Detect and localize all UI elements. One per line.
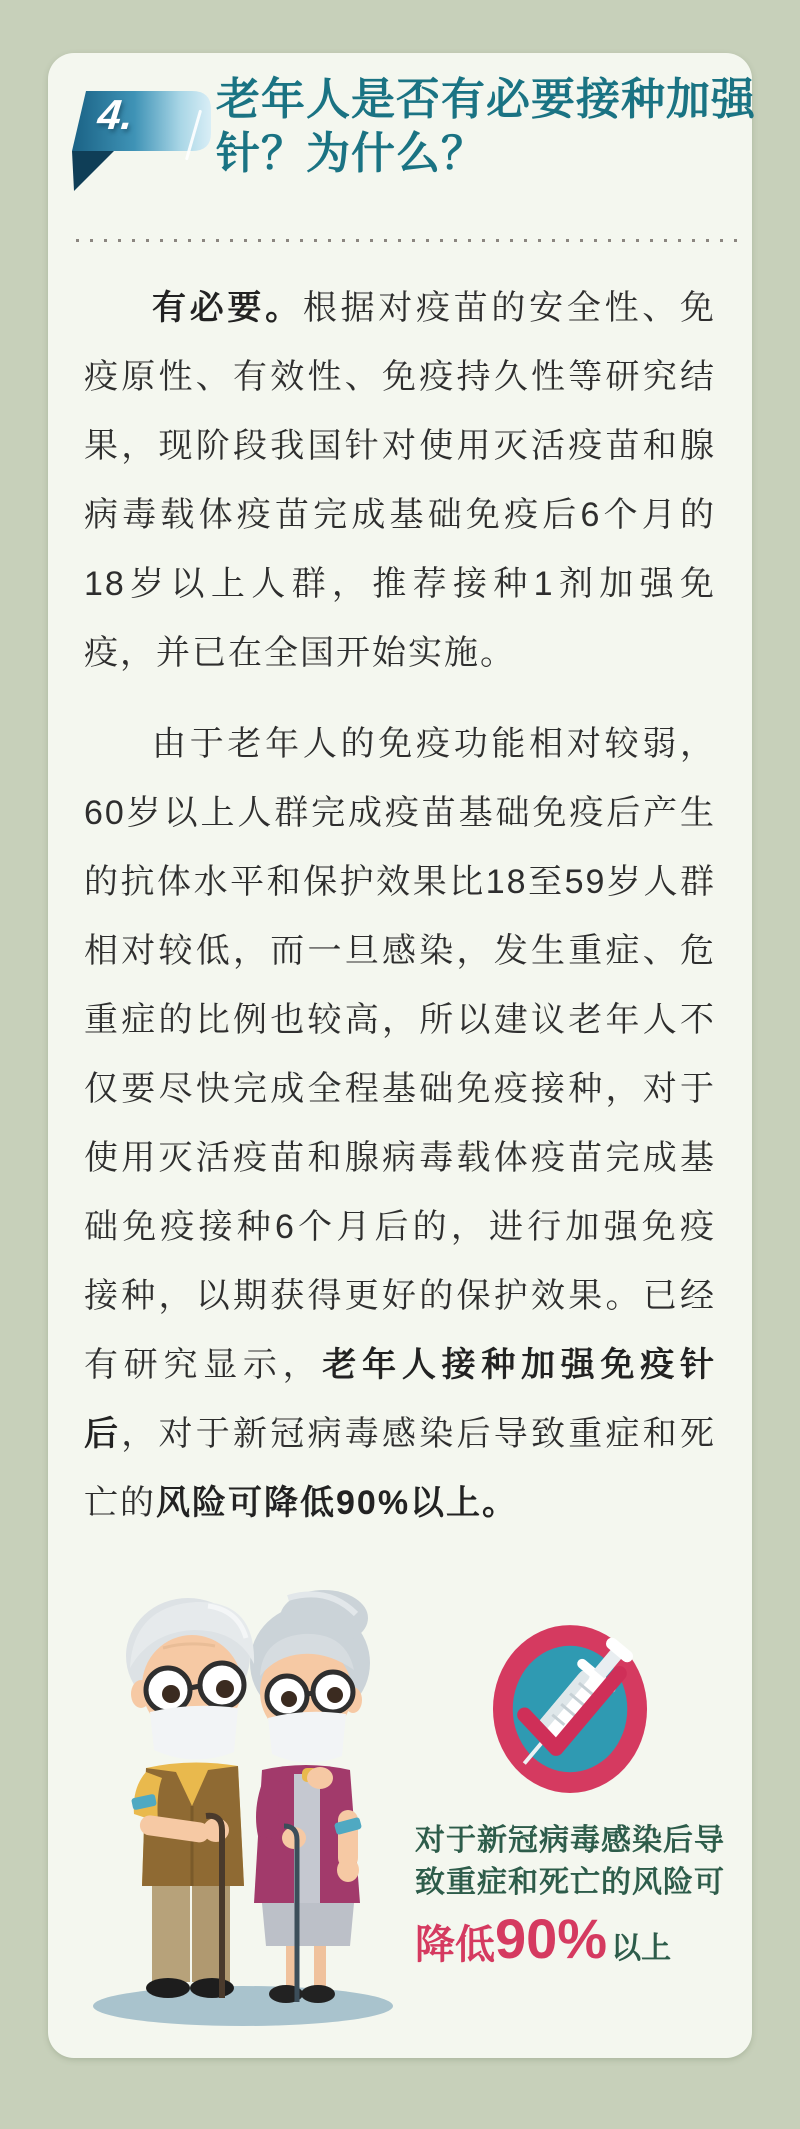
caption-percent: 90% xyxy=(495,1907,607,1970)
vaccine-check-icon xyxy=(491,1624,649,1794)
elderly-couple-illustration xyxy=(88,1568,398,2028)
paragraph-2-bold-2: 风险可降低90%以上。 xyxy=(156,1484,518,1522)
paragraph-1: 有必要。根据对疫苗的安全性、免疫原性、有效性、免疫持久性等研究结果，现阶段我国针… xyxy=(84,274,716,688)
man-face-mask xyxy=(150,1706,238,1760)
section-header: 4. 老年人是否有必要接种加强 针？为什么？ xyxy=(62,73,752,197)
caption-line-3: 降低90%以上 xyxy=(415,1906,725,1971)
illustration-caption: 对于新冠病毒感染后导 致重症和死亡的风险可 降低90%以上 xyxy=(415,1820,725,1971)
section-number: 4. xyxy=(95,91,135,139)
caption-suffix: 以上 xyxy=(611,1932,671,1965)
title-line-2: 针？为什么？ xyxy=(216,129,486,178)
dotted-divider xyxy=(76,239,744,242)
woman-face-mask xyxy=(268,1712,346,1763)
paragraph-2: 由于老年人的免疫功能相对较弱，60岁以上人群完成疫苗基础免疫后产生的抗体水平和保… xyxy=(84,710,716,1538)
ribbon-fold xyxy=(72,151,114,191)
woman-figure xyxy=(250,1590,370,2003)
ground-shadow xyxy=(93,1986,393,2026)
caption-highlight: 降低 xyxy=(415,1923,495,1967)
illustration-row: 对于新冠病毒感染后导 致重症和死亡的风险可 降低90%以上 xyxy=(88,1568,742,2028)
paragraph-2-text-1: 由于老年人的免疫功能相对较弱，60岁以上人群完成疫苗基础免疫后产生的抗体水平和保… xyxy=(84,725,716,1384)
title-line-1: 老年人是否有必要接种加强 xyxy=(216,75,756,124)
section-number-badge: 4. xyxy=(62,87,212,197)
caption-line-2: 致重症和死亡的风险可 xyxy=(415,1862,725,1904)
man-hand-on-shoulder xyxy=(307,1767,333,1789)
infographic-column: 对于新冠病毒感染后导 致重症和死亡的风险可 降低90%以上 xyxy=(398,1568,742,2028)
paragraph-1-text: 根据对疫苗的安全性、免疫原性、有效性、免疫持久性等研究结果，现阶段我国针对使用灭… xyxy=(84,289,716,672)
caption-line-1: 对于新冠病毒感染后导 xyxy=(415,1820,725,1862)
content-card: 4. 老年人是否有必要接种加强 针？为什么？ 有必要。根据对疫苗的安全性、免疫原… xyxy=(48,53,752,2058)
paragraph-1-bold: 有必要。 xyxy=(152,289,303,327)
page-title: 老年人是否有必要接种加强 针？为什么？ xyxy=(216,73,756,181)
